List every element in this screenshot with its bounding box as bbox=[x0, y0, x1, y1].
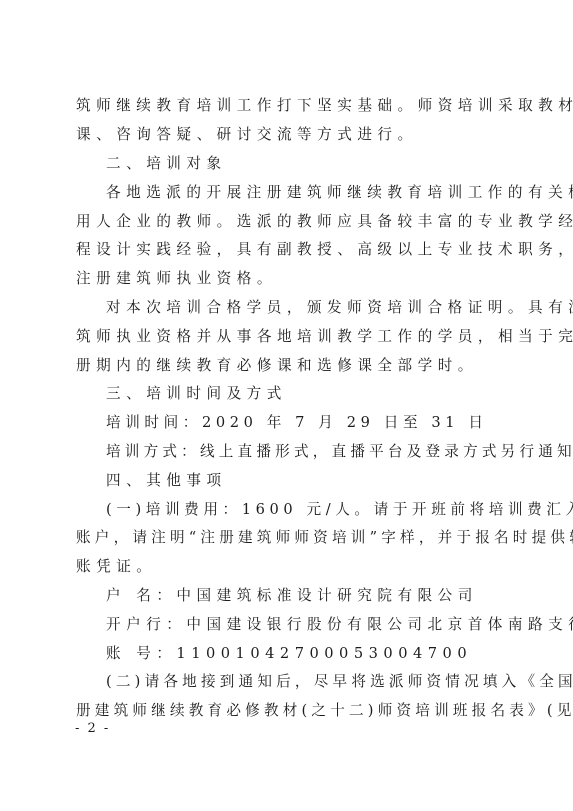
section-heading: 四、其他事项 bbox=[106, 471, 546, 491]
page-number: - 2 - bbox=[75, 720, 110, 738]
training-method: 培训方式：线上直播形式，直播平台及登录方式另行通知。 bbox=[106, 442, 546, 462]
paragraph-line: 程设计实践经验，具有副教授、高级以上专业技术职务，或一级 bbox=[76, 240, 516, 260]
paragraph-line: 筑师继续教育培训工作打下坚实基础。师资培训采取教材作者授 bbox=[76, 96, 516, 116]
section-heading: 三、培训时间及方式 bbox=[106, 384, 546, 404]
paragraph-line: 注册建筑师执业资格。 bbox=[76, 269, 516, 289]
section-heading: 二、培训对象 bbox=[106, 154, 546, 174]
paragraph-line: 对本次培训合格学员，颁发师资培训合格证明。具有注册建 bbox=[106, 298, 546, 318]
training-time: 培训时间：2020 年 7 月 29 日至 31 日 bbox=[106, 413, 546, 433]
account-name: 户 名：中国建筑标准设计研究院有限公司 bbox=[106, 586, 546, 606]
paragraph-line: 课、咨询答疑、研讨交流等方式进行。 bbox=[76, 125, 516, 145]
paragraph-line: 筑师执业资格并从事各地培训教学工作的学员，相当于完成本注 bbox=[76, 327, 516, 347]
bank-name: 开户行：中国建设银行股份有限公司北京首体南路支行 bbox=[106, 615, 546, 635]
paragraph-line: 账凭证。 bbox=[76, 557, 516, 577]
paragraph-line: 账户，请注明“注册建筑师师资培训”字样，并于报名时提供转 bbox=[76, 528, 516, 548]
paragraph-line: 册建筑师继续教育必修教材(之十二)师资培训班报名表》(见附件 bbox=[76, 701, 516, 721]
paragraph-line: (二)请各地接到通知后，尽早将选派师资情况填入《全国注 bbox=[106, 672, 546, 692]
paragraph-line: 册期内的继续教育必修课和选修课全部学时。 bbox=[76, 356, 516, 376]
account-number: 账 号：11001042700053004700 bbox=[106, 644, 546, 664]
training-fee-line: (一)培训费用：1600 元/人。请于开班前将培训费汇入指定 bbox=[106, 500, 546, 520]
paragraph-line: 各地选派的开展注册建筑师继续教育培训工作的有关机构、 bbox=[106, 183, 546, 203]
paragraph-line: 用人企业的教师。选派的教师应具备较丰富的专业教学经验和工 bbox=[76, 212, 516, 232]
document-page: 筑师继续教育培训工作打下坚实基础。师资培训采取教材作者授 课、咨询答疑、研讨交流… bbox=[0, 0, 573, 811]
